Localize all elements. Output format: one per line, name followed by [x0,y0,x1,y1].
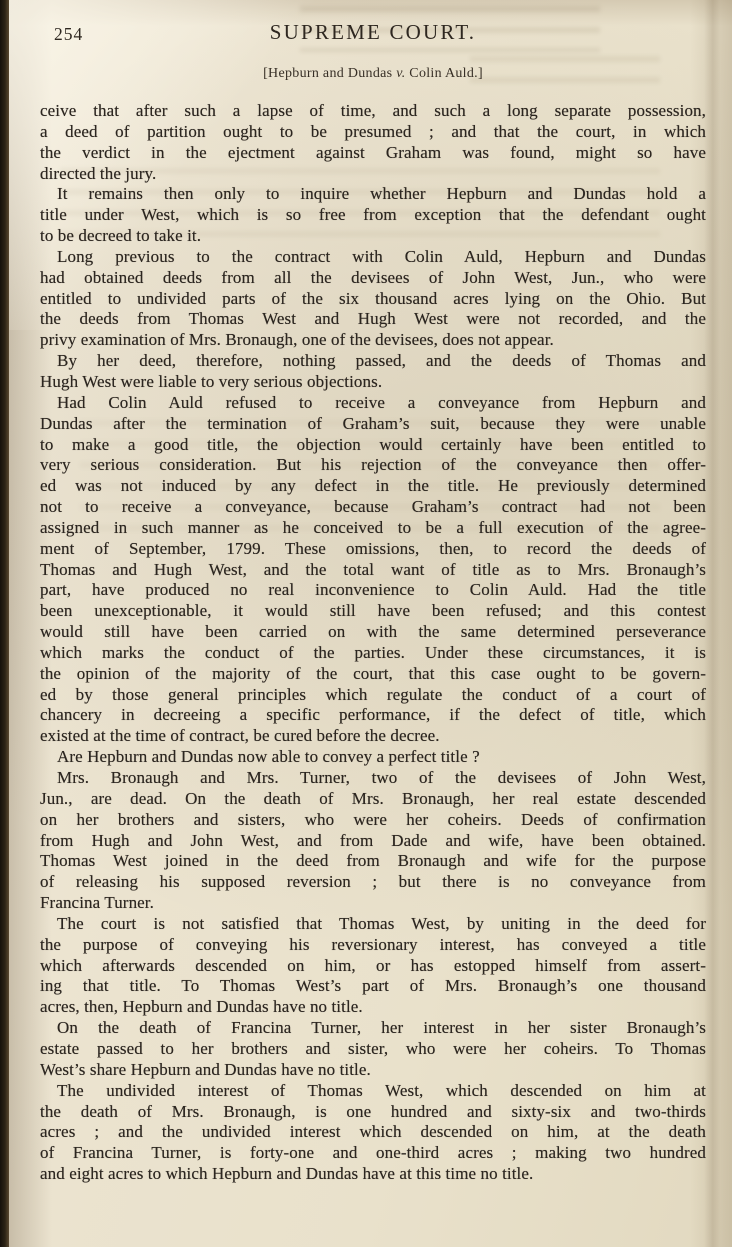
text-line: not to receive a conveyance, because Gra… [40,497,706,518]
text-line: ceive that after such a lapse of time, a… [40,101,706,122]
body-text: ceive that after such a lapse of time, a… [40,101,706,1185]
text-line: which afterwards descended on him, or ha… [40,956,706,977]
case-caption-pre: [Hepburn and Dundas [263,66,396,81]
text-line: to make a good title, the objection woul… [40,435,706,456]
text-line: part, have produced no real inconvenienc… [40,580,706,601]
text-line: entitled to undivided parts of the six t… [40,289,706,310]
text-line: On the death of Francina Turner, her int… [40,1018,706,1039]
text-line: and eight acres to which Hepburn and Dun… [40,1164,706,1185]
text-line: very serious consideration. But his reje… [40,455,706,476]
text-line: Francina Turner. [40,893,706,914]
text-line: to be decreed to take it. [40,226,706,247]
text-line: directed the jury. [40,164,706,185]
text-line: West’s share Hepburn and Dundas have no … [40,1060,706,1081]
text-line: estate passed to her brothers and sister… [40,1039,706,1060]
text-line: Jun., are dead. On the death of Mrs. Bro… [40,789,706,810]
text-line: existed at the time of contract, be cure… [40,726,706,747]
text-line: ing that title. To Thomas West’s part of… [40,976,706,997]
text-line: acres, then, Hepburn and Dundas have no … [40,997,706,1018]
text-line: the deeds from Thomas West and Hugh West… [40,309,706,330]
paragraph: Mrs. Bronaugh and Mrs. Turner, two of th… [40,768,706,914]
paragraph: The undivided interest of Thomas West, w… [40,1081,706,1185]
text-line: chancery in decreeing a specific perform… [40,705,706,726]
text-line: which marks the conduct of the parties. … [40,643,706,664]
text-line: the opinion of the majority of the court… [40,664,706,685]
text-line: Dundas after the termination of Graham’s… [40,414,706,435]
text-line: ed was not induced by any defect in the … [40,476,706,497]
paragraph: The court is not satisfied that Thomas W… [40,914,706,1018]
case-caption-post: Colin Auld.] [406,66,483,81]
text-line: Thomas West joined in the deed from Bron… [40,851,706,872]
paragraph: It remains then only to inquire whether … [40,184,706,247]
case-caption: [Hepburn and Dundas v. Colin Auld.] [40,66,706,82]
text-line: had obtained deeds from all the devisees… [40,268,706,289]
text-line: privy examination of Mrs. Bronaugh, one … [40,330,706,351]
text-line: the verdict in the ejectment against Gra… [40,143,706,164]
text-line: been unexceptionable, it would still hav… [40,601,706,622]
text-line: the death of Mrs. Bronaugh, is one hundr… [40,1102,706,1123]
paragraph: Had Colin Auld refused to receive a conv… [40,393,706,747]
text-line: Mrs. Bronaugh and Mrs. Turner, two of th… [40,768,706,789]
text-line: It remains then only to inquire whether … [40,184,706,205]
text-line: The undivided interest of Thomas West, w… [40,1081,706,1102]
text-line: on her brothers and sisters, who were he… [40,810,706,831]
text-line: acres ; and the undivided interest which… [40,1122,706,1143]
paragraph: ceive that after such a lapse of time, a… [40,101,706,184]
paragraph: Long previous to the contract with Colin… [40,247,706,351]
paragraph: On the death of Francina Turner, her int… [40,1018,706,1081]
text-line: a deed of partition ought to be presumed… [40,122,706,143]
text-line: the purpose of conveying his reversionar… [40,935,706,956]
text-line: The court is not satisfied that Thomas W… [40,914,706,935]
paragraph: By her deed, therefore, nothing passed, … [40,351,706,393]
text-line: title under West, which is so free from … [40,205,706,226]
text-line: Are Hepburn and Dundas now able to conve… [40,747,706,768]
text-line: from Hugh and John West, and from Dade a… [40,831,706,852]
text-line: of Francina Turner, is forty-one and one… [40,1143,706,1164]
text-line: would still have been carried on with th… [40,622,706,643]
running-title: SUPREME COURT. [40,20,706,45]
paragraph: Are Hepburn and Dundas now able to conve… [40,747,706,768]
text-line: Hugh West were liable to very serious ob… [40,372,706,393]
text-line: ment of September, 1799. These omissions… [40,539,706,560]
text-line: of releasing his supposed reversion ; bu… [40,872,706,893]
scanned-book-page: 254 SUPREME COURT. [Hepburn and Dundas v… [0,0,732,1247]
text-line: By her deed, therefore, nothing passed, … [40,351,706,372]
book-gutter-edge [0,0,9,1247]
text-line: Thomas and Hugh West, and the total want… [40,560,706,581]
text-line: assigned in such manner as he conceived … [40,518,706,539]
text-line: Long previous to the contract with Colin… [40,247,706,268]
text-line: Had Colin Auld refused to receive a conv… [40,393,706,414]
text-line: ed by those general principles which reg… [40,685,706,706]
page-edge-shadow [704,0,720,1247]
case-caption-versus: v. [396,66,405,81]
